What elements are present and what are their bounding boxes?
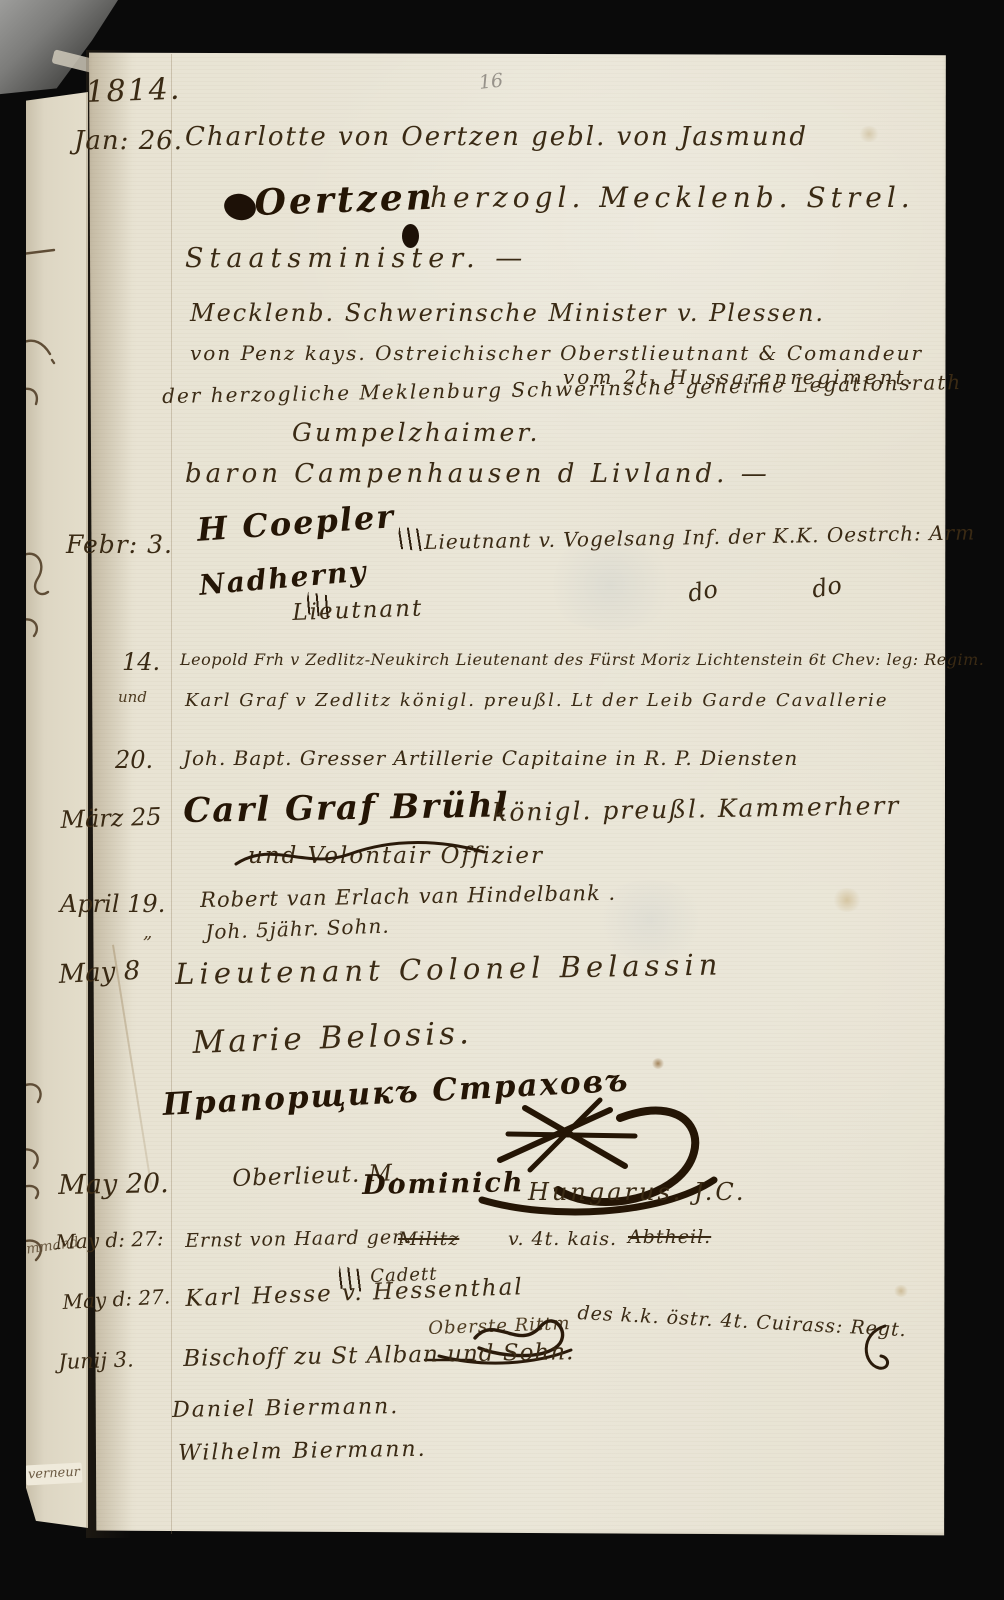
year-heading: 1814. bbox=[85, 75, 182, 108]
entry-date-note: „ bbox=[143, 924, 152, 942]
entry-date: May d: 27: bbox=[55, 1228, 164, 1252]
entry-line: Gumpelzhaimer. bbox=[292, 420, 540, 445]
entry-date: May 8 bbox=[58, 958, 141, 988]
pen-strokes bbox=[397, 527, 425, 552]
entry-date: Jan: 26. bbox=[74, 128, 183, 154]
entry-line: Ernst von Haard gen. bbox=[185, 1228, 413, 1251]
entry-line: Staatsminister. — bbox=[185, 245, 528, 272]
entry-line: Leopold Frh v Zedlitz-Neukirch Lieutenan… bbox=[180, 652, 984, 668]
ink-blot bbox=[402, 224, 419, 248]
signature: Daniel Biermann. bbox=[172, 1396, 399, 1422]
entry-date: May d: 27. bbox=[62, 1286, 171, 1312]
entry-line: Karl Graf v Zedlitz königl. preußl. Lt d… bbox=[185, 692, 889, 710]
ditto-mark: do bbox=[810, 573, 844, 602]
flourish-curl bbox=[855, 1322, 895, 1374]
entry-date: März 25 bbox=[60, 804, 162, 832]
pen-strokes bbox=[304, 592, 333, 618]
signature: Dominich bbox=[362, 1169, 525, 1199]
entry-line: von Penz kays. Ostreichischer Oberstlieu… bbox=[190, 343, 923, 363]
signature: Wilhelm Biermann. bbox=[178, 1439, 427, 1465]
entry-line: v. 4t. kais. bbox=[508, 1230, 617, 1249]
entry-line: Mecklenb. Schwerinsche Minister v. Pless… bbox=[190, 301, 825, 325]
signature-flourish bbox=[222, 836, 492, 876]
margin-rule bbox=[171, 54, 172, 1534]
entry-line-struck: Abtheil. bbox=[628, 1228, 711, 1247]
entry-line: Joh. 5jähr. Sohn. bbox=[205, 916, 390, 942]
signature: Carl Graf Brühl bbox=[183, 788, 510, 828]
entry-line: baron Campenhausen d Livland. — bbox=[185, 461, 771, 487]
entry-date: 20. bbox=[115, 748, 153, 772]
entry-line: Oertzen bbox=[254, 179, 436, 221]
pencil-page-number: 16 bbox=[478, 71, 504, 92]
scanned-register-page: verneur mmand 1814. 16 Jan: 26. Charlott… bbox=[0, 0, 1004, 1600]
entry-line: Joh. Bapt. Gresser Artillerie Capitaine … bbox=[183, 748, 798, 768]
entry-date: Junij 3. bbox=[58, 1349, 134, 1373]
entry-date: Febr: 3. bbox=[66, 532, 173, 557]
entry-date: May 20. bbox=[58, 1170, 169, 1199]
entry-line: herzogl. Mecklenb. Strel. bbox=[430, 184, 915, 212]
ditto-mark: do bbox=[686, 577, 720, 606]
entry-date-note: und bbox=[118, 690, 147, 705]
entry-line: Charlotte von Oertzen gebl. von Jasmund bbox=[185, 124, 808, 150]
entry-date: 14. bbox=[122, 650, 160, 674]
pen-strokes bbox=[337, 1266, 366, 1291]
entry-line-struck: Militz bbox=[398, 1230, 459, 1249]
entry-line: Hungarus. J.C. bbox=[528, 1180, 747, 1204]
entry-date: April 19. bbox=[60, 892, 165, 916]
entry-line: königl. preußl. Kammerherr bbox=[492, 793, 901, 825]
